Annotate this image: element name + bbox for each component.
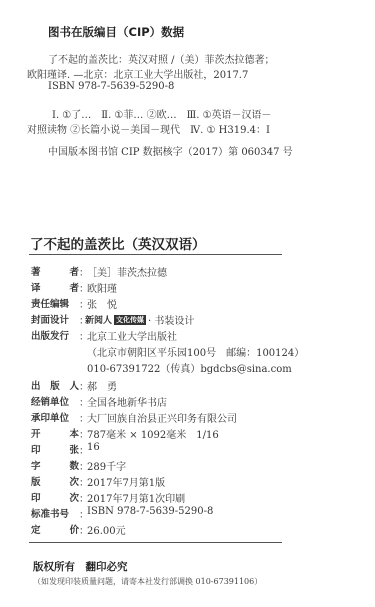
detail-value: 787毫米 × 1092毫米 1/16 bbox=[87, 426, 219, 441]
label-char: 封面设计 bbox=[31, 312, 69, 327]
label-colon: ： bbox=[79, 280, 85, 295]
label-char: 责任编辑 bbox=[31, 296, 69, 311]
quality-note: （如发现印装质量问题，请寄本社发行部调换 010-67391106） bbox=[33, 576, 262, 587]
label-colon: ： bbox=[79, 296, 85, 311]
label-colon: ： bbox=[79, 328, 85, 343]
detail-row: 开本：787毫米 × 1092毫米 1/16 bbox=[31, 426, 219, 441]
detail-value: 欧阳瑾 bbox=[87, 280, 117, 295]
label-char: 著 bbox=[31, 264, 41, 279]
label-char: 印 bbox=[31, 490, 41, 505]
label-colon bbox=[79, 360, 85, 375]
label-char: 承印单位 bbox=[31, 410, 69, 425]
detail-label: 著者 bbox=[31, 264, 79, 279]
label-colon: ： bbox=[79, 506, 85, 521]
detail-row: 责任编辑：张 悦 bbox=[31, 296, 117, 311]
label-colon bbox=[79, 344, 85, 359]
detail-row: 封面设计：新阅人文化传媒· 书装设计 bbox=[31, 312, 194, 327]
label-char: 字 bbox=[31, 458, 41, 473]
detail-row: 印次：2017年7月第1次印刷 bbox=[31, 490, 185, 505]
cip-class-2: 对照读物 ②长篇小说－美国－现代 Ⅳ. ① H319.4：Ⅰ bbox=[27, 121, 270, 136]
label-char: 标准书号 bbox=[31, 506, 69, 521]
label-colon: ： bbox=[79, 474, 85, 489]
logo-text: 新阅人 bbox=[85, 313, 112, 326]
cip-class-1: Ⅰ. ①了… Ⅱ. ①菲… ②欧… Ⅲ. ①英语－汉语－ bbox=[52, 106, 272, 121]
label-char: 者 bbox=[69, 280, 79, 295]
label-char: 数 bbox=[69, 458, 79, 473]
detail-label: 封面设计 bbox=[31, 312, 79, 327]
label-char: 印 bbox=[31, 442, 41, 457]
detail-label: 印次 bbox=[31, 490, 79, 505]
label-colon: ： bbox=[79, 378, 85, 393]
detail-row: 承印单位：大厂回族自治县正兴印务有限公司 bbox=[31, 410, 237, 425]
label-char: 版 bbox=[31, 474, 41, 489]
detail-label: 印张 bbox=[31, 442, 79, 457]
detail-row: 出版人：郝 勇 bbox=[31, 378, 117, 393]
detail-row: 译者：欧阳瑾 bbox=[31, 280, 117, 295]
book-title: 了不起的盖茨比（英汉双语） bbox=[30, 233, 206, 253]
label-char: 次 bbox=[69, 474, 79, 489]
detail-row: 版次：2017年7月第1版 bbox=[31, 474, 165, 489]
detail-label: 出版发行 bbox=[31, 328, 79, 343]
detail-label: 标准书号 bbox=[31, 506, 79, 521]
detail-label: 字数 bbox=[31, 458, 79, 473]
detail-value: ISBN 978-7-5639-5290-8 bbox=[87, 506, 213, 521]
detail-label: 出版人 bbox=[31, 378, 79, 393]
detail-value: · 书装设计 bbox=[148, 312, 194, 327]
detail-label: 版次 bbox=[31, 474, 79, 489]
label-char: 译 bbox=[31, 280, 41, 295]
detail-value: 010-67391722（传真）bgdcbs@sina.com bbox=[87, 360, 292, 375]
detail-row: 标准书号：ISBN 978-7-5639-5290-8 bbox=[31, 506, 213, 521]
label-colon: ： bbox=[79, 458, 85, 473]
label-colon: ： bbox=[79, 442, 85, 457]
cip-heading: 图书在版编目（CIP）数据 bbox=[48, 24, 184, 40]
label-colon: ： bbox=[79, 490, 85, 505]
label-char: 张 bbox=[69, 442, 79, 457]
detail-label: 开本 bbox=[31, 426, 79, 441]
detail-value: 北京工业大学出版社 bbox=[87, 328, 177, 343]
cip-line-2: 欧阳瑾译. —北京：北京工业大学出版社，2017.7 bbox=[27, 66, 248, 81]
divider-top bbox=[29, 254, 282, 255]
detail-label: 定价 bbox=[31, 522, 79, 537]
detail-row: 定价：26.00元 bbox=[31, 522, 126, 537]
label-char: 经销单位 bbox=[31, 394, 69, 409]
label-char: 者 bbox=[69, 264, 79, 279]
label-colon: ： bbox=[79, 522, 85, 537]
detail-label bbox=[31, 360, 79, 375]
label-colon: ： bbox=[79, 426, 85, 441]
detail-value: 郝 勇 bbox=[87, 378, 117, 393]
detail-row: 字数：289千字 bbox=[31, 458, 126, 473]
divider-bottom bbox=[29, 542, 282, 543]
label-char: 人 bbox=[69, 378, 79, 393]
label-colon: ： bbox=[79, 394, 85, 409]
label-char: 本 bbox=[69, 426, 79, 441]
detail-row: 出版发行：北京工业大学出版社 bbox=[31, 328, 177, 343]
detail-value: 2017年7月第1版 bbox=[87, 474, 165, 489]
detail-row: （北京市朝阳区平乐园100号 邮编：100124） bbox=[31, 344, 304, 359]
label-colon: ： bbox=[79, 264, 85, 279]
detail-label: 经销单位 bbox=[31, 394, 79, 409]
label-char: 版 bbox=[50, 378, 60, 393]
detail-value: 全国各地新华书店 bbox=[87, 394, 167, 409]
detail-value: （北京市朝阳区平乐园100号 邮编：100124） bbox=[87, 344, 304, 359]
copyright-notice: 版权所有 翻印必究 bbox=[33, 559, 128, 574]
detail-value: ［美］菲茨杰拉德 bbox=[87, 264, 167, 279]
detail-value: 16 bbox=[87, 442, 100, 457]
label-char: 出 bbox=[31, 378, 41, 393]
label-colon: ： bbox=[79, 410, 85, 425]
detail-value: 26.00元 bbox=[87, 522, 126, 537]
detail-label: 责任编辑 bbox=[31, 296, 79, 311]
label-char: 价 bbox=[69, 522, 79, 537]
detail-row: 010-67391722（传真）bgdcbs@sina.com bbox=[31, 360, 292, 375]
publisher-logo-icon: 新阅人文化传媒 bbox=[85, 312, 146, 327]
cip-line-3: ISBN 978-7-5639-5290-8 bbox=[48, 81, 174, 92]
detail-row: 经销单位：全国各地新华书店 bbox=[31, 394, 167, 409]
label-char: 次 bbox=[69, 490, 79, 505]
detail-value: 大厂回族自治县正兴印务有限公司 bbox=[87, 410, 237, 425]
detail-label bbox=[31, 344, 79, 359]
label-char: 开 bbox=[31, 426, 41, 441]
label-char: 出版发行 bbox=[31, 328, 69, 343]
detail-row: 著者：［美］菲茨杰拉德 bbox=[31, 264, 167, 279]
cip-record-number: 中国版本图书馆 CIP 数据核字（2017）第 060347 号 bbox=[48, 143, 293, 158]
detail-value: 289千字 bbox=[87, 458, 126, 473]
detail-value: 2017年7月第1次印刷 bbox=[87, 490, 185, 505]
label-char: 定 bbox=[31, 522, 41, 537]
cip-line-1: 了不起的盖茨比：英汉对照 /（美）菲茨杰拉德著； bbox=[48, 51, 275, 66]
detail-row: 印张：16 bbox=[31, 442, 100, 457]
logo-box: 文化传媒 bbox=[114, 315, 146, 325]
detail-value: 张 悦 bbox=[87, 296, 117, 311]
detail-label: 译者 bbox=[31, 280, 79, 295]
detail-label: 承印单位 bbox=[31, 410, 79, 425]
